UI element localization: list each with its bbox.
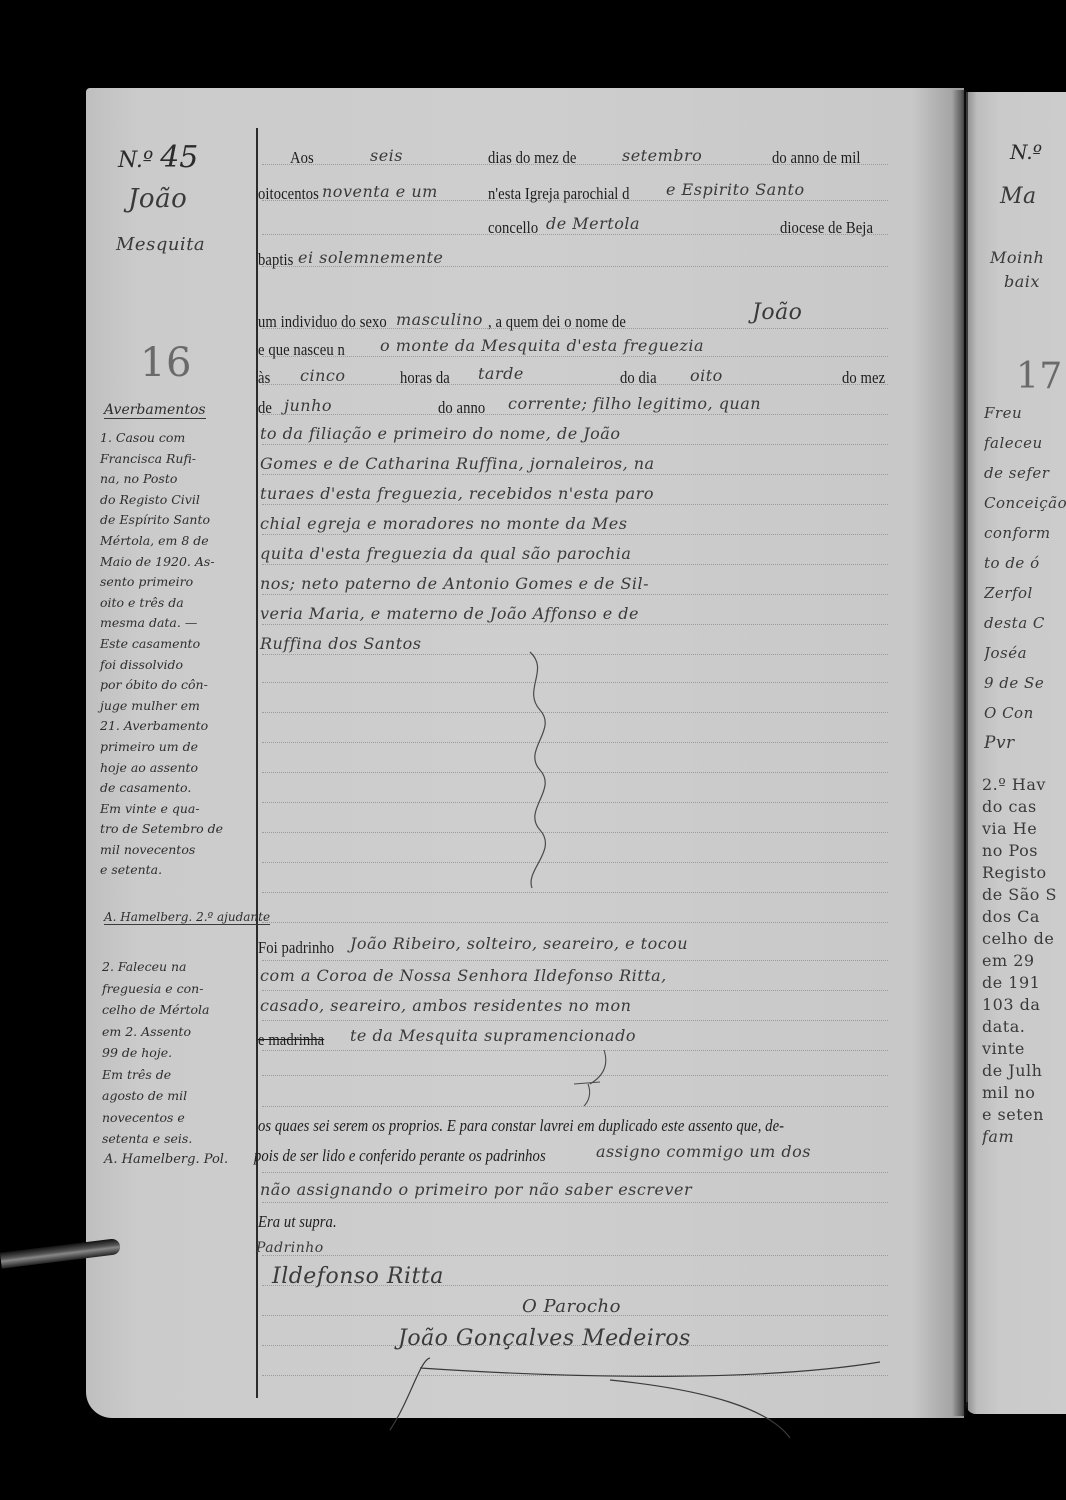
ruled-line [262,802,888,803]
printed-text: e que nasceu n [258,340,345,360]
handwritten-grandparents-line: Ruffina dos Santos [260,634,422,653]
ruled-line [262,594,888,595]
ruled-line [262,990,888,991]
annotation-2-signature: A. Hamelberg. Pol. [104,1152,228,1167]
ruled-line [262,474,888,475]
signature-flourish [350,1340,910,1440]
ruled-line [262,624,888,625]
right-page-text: Moinh [990,248,1044,267]
ruled-line [262,1172,888,1173]
handwritten-residence-line: chial egreja e moradores no monte da Mes [260,514,627,533]
right-annotation-1: Freu faleceu de sefer Conceição conform … [984,398,1066,758]
printed-text: de [258,398,272,418]
handwritten-residence-line: quita d'esta freguezia da qual são paroc… [260,544,631,563]
handwritten-text: corrente; filho legitimo, quan [508,394,761,413]
printed-text: horas da [400,368,450,388]
marginal-annotation-2: 2. Faleceu na freguesia e con- celho de … [102,956,257,1150]
margin-place-name: Mesquita [116,234,205,255]
ruled-line [262,384,888,385]
handwritten-municipality: de Mertola [546,214,640,233]
filler-squiggle-line [520,650,560,890]
entry-number: N.º 45 [118,140,198,175]
ruled-line [262,356,888,357]
ruled-line [262,832,888,833]
printed-text: n'esta Igreja parochial d [488,184,630,204]
printed-text: baptis [258,250,293,270]
filler-squiggle-line [570,1048,620,1108]
ruled-line [262,712,888,713]
handwritten-birth-day: oito [690,366,723,385]
handwritten-month: setembro [622,146,702,165]
right-page-margin-rule [966,92,968,1402]
pencil-mark: 16 [140,340,192,386]
ruled-line [262,892,888,893]
marginal-annotation-1: 1. Casou com Francisca Rufi- na, no Post… [100,428,255,881]
handwritten-birth-month: junho [284,396,332,415]
printed-text: oitocentos [258,184,319,204]
printed-text: diocese de Beja [780,218,873,238]
printed-text: do anno de mil [772,148,861,168]
handwritten-parish: e Espirito Santo [666,180,805,199]
printed-text: às [258,368,270,388]
godfather-signature: Ildefonso Ritta [272,1264,444,1289]
right-annotation-2: 2.º Hav do cas via He no Pos Registo de … [982,774,1066,1148]
ruled-line [262,922,888,923]
printed-text: do dia [620,368,657,388]
printed-text: Foi padrinho [258,938,334,958]
ruled-line [262,1020,888,1021]
handwritten-hour: cinco [300,366,345,385]
ruled-line [262,682,888,683]
ruled-line [262,534,888,535]
right-entry-number-label: N.º [1010,140,1042,164]
parish-priest-label: O Parocho [522,1296,621,1317]
ruled-line [262,414,888,415]
handwritten-child-name: João [752,300,802,325]
handwritten-year: noventa e um [322,182,438,201]
handwritten-closing: assigno commigo um dos [596,1142,811,1161]
ruled-line [262,862,888,863]
printed-closing-text: pois de ser lido e conferido perante os … [254,1146,546,1166]
right-pencil-mark: 17 [1016,356,1063,397]
handwritten-closing: não assignando o primeiro por não saber … [260,1180,692,1199]
ruled-line [262,654,888,655]
handwritten-parents-line: Gomes e de Catharina Ruffina, jornaleiro… [260,454,655,473]
godfather-label: Padrinho [256,1240,324,1256]
ruled-line [262,564,888,565]
handwritten-period: tarde [478,364,524,383]
struck-godmother-label: e madrinha [258,1030,324,1050]
printed-text: , a quem dei o nome de [488,312,626,332]
printed-text: dias do mez de [488,148,576,168]
handwritten-godparent-line: com a Coroa de Nossa Senhora Ildefonso R… [260,966,667,985]
right-page-text: Ma [1000,184,1037,209]
handwritten-sex: masculino [396,310,483,329]
handwritten-text: ei solemnemente [298,248,443,267]
ruled-line [262,960,888,961]
handwritten-godparent-line: casado, seareiro, ambos residentes no mo… [260,996,631,1015]
handwritten-grandparents-line: veria Maria, e materno de João Affonso e… [260,604,639,623]
ruled-line [262,1255,888,1256]
ruled-line [262,504,888,505]
printed-text: concello [488,218,538,238]
handwritten-godparent-line: te da Mesquita supramencionado [350,1026,636,1045]
printed-text: Aos [290,148,314,168]
ruled-line [262,742,888,743]
entry-number-value: 45 [160,140,198,175]
annotation-1-signature: A. Hamelberg. 2.º ajudante [104,910,270,925]
printed-era-ut-supra: Era ut supra. [258,1212,337,1232]
printed-text: um individuo do sexo [258,312,387,332]
handwritten-godfather: João Ribeiro, solteiro, seareiro, e toco… [350,934,688,953]
printed-closing-text: os quaes sei serem os proprios. E para c… [258,1116,784,1136]
handwritten-parents-line: to da filiação e primeiro do nome, de Jo… [260,424,620,443]
handwritten-birthplace: o monte da Mesquita d'esta freguezia [380,336,704,355]
margin-child-name: João [128,184,187,214]
handwritten-grandparents-line: nos; neto paterno de Antonio Gomes e de … [260,574,649,593]
right-page-text: baix [1004,272,1040,291]
ruled-line [262,772,888,773]
printed-text: do anno [438,398,485,418]
ruled-line [262,1202,888,1203]
ruled-line [262,444,888,445]
printed-text: do mez [842,368,885,388]
annotation-heading: Averbamentos [104,402,206,419]
handwritten-parents-line: turaes d'esta freguezia, recebidos n'est… [260,484,654,503]
handwritten-day: seis [370,146,403,165]
entry-number-label: N.º [118,148,153,173]
